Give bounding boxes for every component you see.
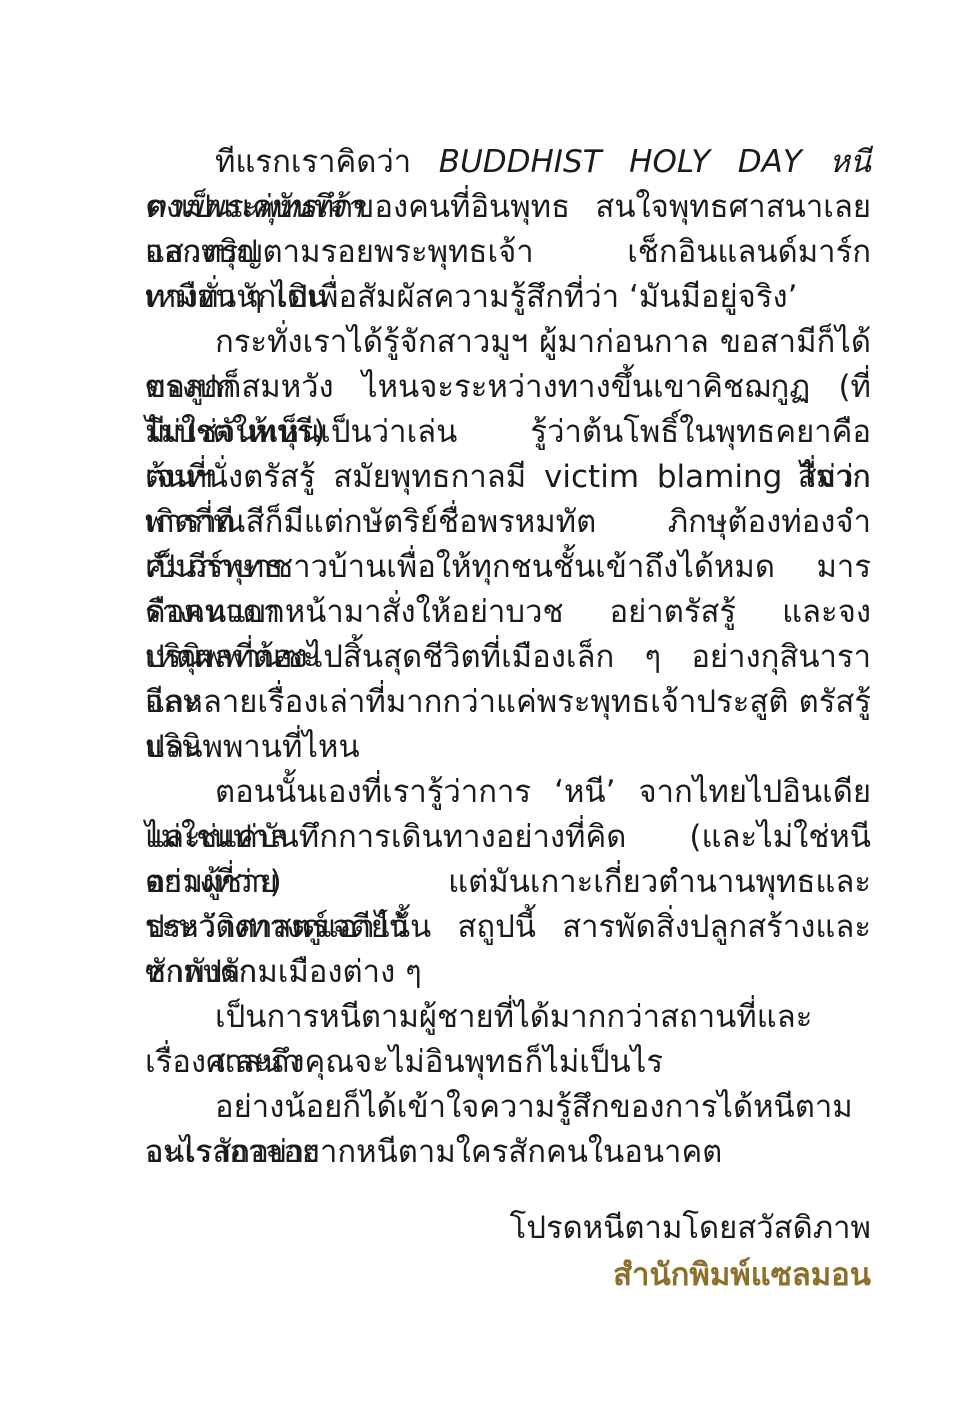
text-line: พาราณสีก็มีแต่กษัตริย์ชื่อพรหมทัต ภิกษุต…: [145, 500, 871, 545]
paragraph-1: ทีแรกเราคิดว่า BUDDHIST HOLY DAY หนีตามพ…: [145, 140, 871, 320]
text-line: เหตุผลที่ต้องไปสิ้นสุดชีวิตที่เมืองเล็ก …: [145, 635, 871, 680]
text-line: ปรินิพพานที่ไหน: [145, 725, 871, 770]
text-line: กระทั่งเราได้รู้จักสาวมูฯ ผู้มาก่อนกาล ข…: [145, 320, 871, 365]
text-line: อย่างน้อยก็ได้เข้าใจความรู้สึกของการได้ห…: [145, 1085, 871, 1130]
text-line: หักพังตามเมืองต่าง ๆ: [145, 950, 871, 995]
book-page: ทีแรกเราคิดว่า BUDDHIST HOLY DAY หนีตามพ…: [0, 0, 967, 1407]
opening-phrase: ทีแรกเราคิดว่า: [215, 144, 439, 180]
text-line: อีกหลายเรื่องเล่าที่มากกว่าแค่พระพุทธเจ้…: [145, 680, 871, 725]
text-line: จนเราอาจอยากหนีตามใครสักคนในอนาคต: [145, 1130, 871, 1175]
text-line: ตอนนั้นเองที่เรารู้ว่าการ ‘หนี’ จากไทยไป…: [145, 770, 871, 815]
text-line: ระหว่างทางดูเจดีย์นั้น สถูปนี้ สารพัดสิ่…: [145, 905, 871, 950]
text-line: แสวงบุญตามรอยพระพุทธเจ้า เช็กอินแลนด์มาร…: [145, 230, 871, 275]
text-line: เป็นภาษาชาวบ้านเพื่อให้ทุกชนชั้นเข้าถึงไ…: [145, 545, 871, 590]
text-line: คงเป็นแค่บันทึกของคนที่อินพุทธ สนใจพุทธศ…: [145, 185, 871, 230]
paragraph-2: กระทั่งเราได้รู้จักสาวมูฯ ผู้มาก่อนกาล ข…: [145, 320, 871, 770]
text-line: และถึงคุณจะไม่อินพุทธก็ไม่เป็นไร: [145, 1040, 871, 1085]
paragraph-opening-line: ทีแรกเราคิดว่า BUDDHIST HOLY DAY หนีตามพ…: [145, 140, 871, 185]
farewell-line: โปรดหนีตามโดยสวัสดิภาพ: [145, 1205, 871, 1252]
text-line: ต้นที่นั่งตรัสรู้ สมัยพุทธกาลมี victim b…: [145, 455, 871, 500]
text-line: ทางทั่ว ๆ ไปเพื่อสัมผัสความรู้สึกที่ว่า …: [145, 275, 871, 320]
text-line: เป็นการหนีตามผู้ชายที่ได้มากกว่าสถานที่แ…: [145, 995, 871, 1040]
paragraph-1-lines: คงเป็นแค่บันทึกของคนที่อินพุทธ สนใจพุทธศ…: [145, 185, 871, 320]
closing-block: โปรดหนีตามโดยสวัสดิภาพ สำนักพิมพ์แซลมอน: [145, 1205, 871, 1299]
paragraph-4: เป็นการหนีตามผู้ชายที่ได้มากกว่าสถานที่แ…: [145, 995, 871, 1040]
publisher-name: สำนักพิมพ์แซลมอน: [145, 1252, 871, 1299]
text-line: ขอลูกก็สมหวัง ไหนจะระหว่างทางขึ้นเขาคิชฌ…: [145, 365, 871, 410]
paragraph-3: ตอนนั้นเองที่เรารู้ว่าการ ‘หนี’ จากไทยไป…: [145, 770, 871, 995]
text-line: อย่างที่ว่า) แต่มันเกาะเกี่ยวตำนานพุทธแล…: [145, 860, 871, 905]
paragraph-5: และถึงคุณจะไม่อินพุทธก็ไม่เป็นไร: [145, 1040, 871, 1085]
preface-text: ทีแรกเราคิดว่า BUDDHIST HOLY DAY หนีตามพ…: [145, 140, 871, 1299]
text-line: ไม่ใช่แค่บันทึกการเดินทางอย่างที่คิด (แล…: [145, 815, 871, 860]
paragraph-6: อย่างน้อยก็ได้เข้าใจความรู้สึกของการได้ห…: [145, 1085, 871, 1175]
text-line: คือคนแบกหน้ามาสั่งให้อย่าบวช อย่าตรัสรู้…: [145, 590, 871, 635]
text-line: มีเปรตให้เห็นเป็นว่าเล่น รู้ว่าต้นโพธิ์ใ…: [145, 410, 871, 455]
